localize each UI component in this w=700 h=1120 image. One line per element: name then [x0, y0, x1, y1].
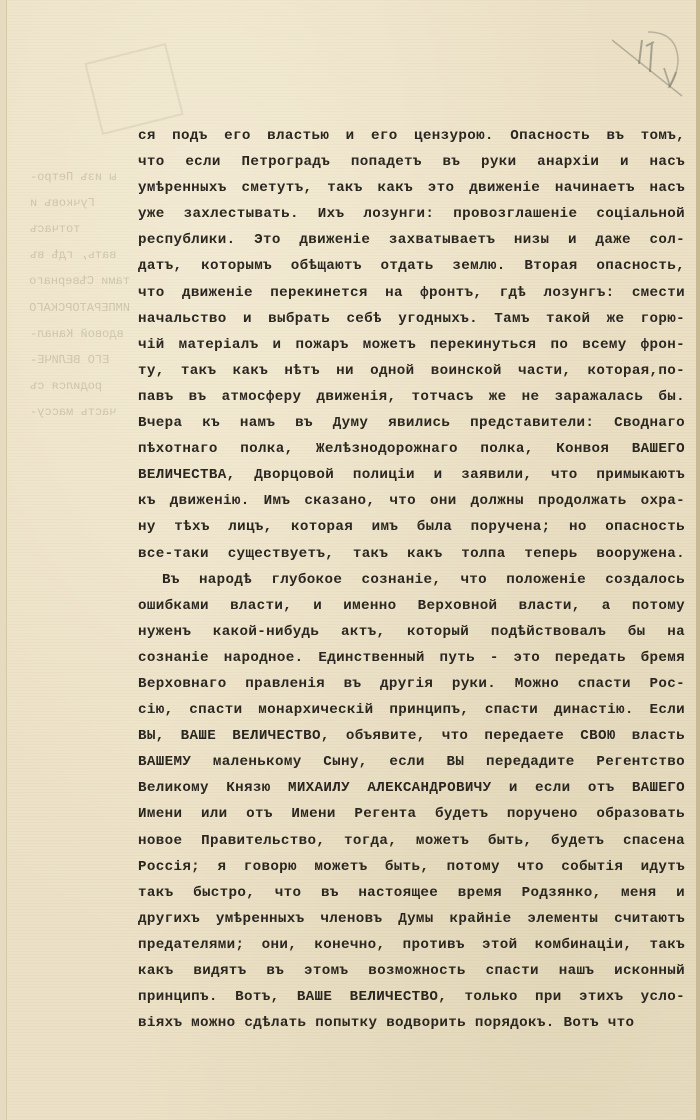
text-line: новое Правительство, тогда, можетъ быть,…	[138, 828, 685, 854]
text-line: павъ въ атмосферу движенія, тотчасъ же н…	[138, 384, 685, 410]
text-line: сознаніе народное. Единственный путь - э…	[138, 645, 685, 671]
bleed-line: Гучковъ и	[30, 190, 130, 216]
text-line: какъ видятъ въ этомъ возможность спасти …	[138, 958, 685, 984]
text-line: къ движенію. Имъ сказано, что они должны…	[138, 488, 685, 514]
bleed-line: тотчасъ	[30, 216, 130, 242]
text-line: нуженъ какой-нибудь актъ, который подѣйс…	[138, 619, 685, 645]
bleed-line: вать, гдѣ въ	[30, 242, 130, 268]
text-line: ВЫ, ВАШЕ ВЕЛИЧЕСТВО, объявите, что перед…	[138, 723, 685, 749]
bleed-line	[30, 138, 130, 164]
text-line: предателями; они, конечно, противъ этой …	[138, 932, 685, 958]
text-line: датъ, которымъ обѣщаютъ отдать землю. Вт…	[138, 253, 685, 279]
text-line: другихъ умѣренныхъ членовъ Думы крайніе …	[138, 906, 685, 932]
text-line: Россія; я говорю можетъ быть, потому что…	[138, 854, 685, 880]
typewritten-text: ся подъ его властью и его цензурою. Опас…	[138, 123, 685, 1036]
text-line: все-таки существуетъ, такъ какъ толпа те…	[138, 541, 685, 567]
bleed-line: родился съ	[30, 373, 130, 399]
text-line: ВЕЛИЧЕСТВА, Дворцовой полиціи и заявили,…	[138, 462, 685, 488]
page-right-edge	[696, 0, 700, 1120]
text-line: такъ быстро, что въ настоящее время Родз…	[138, 880, 685, 906]
text-line: умѣренныхъ сметутъ, такъ какъ это движен…	[138, 175, 685, 201]
text-line: ну тѣхъ лицъ, которая имъ была поручена;…	[138, 514, 685, 540]
text-line: пѣхотнаго полка, Желѣзнодорожнаго полка,…	[138, 436, 685, 462]
bleed-line: ЕГО ВЕЛИЧЕ-	[30, 347, 130, 373]
text-line: Имени или отъ Имени Регента будетъ поруч…	[138, 801, 685, 827]
text-line: ся подъ его властью и его цензурою. Опас…	[138, 123, 685, 149]
bleed-line: ИМПЕРАТОРСКАГО	[30, 295, 130, 321]
page-left-edge	[0, 0, 7, 1120]
text-line: что движеніе перекинется на фронтъ, гдѣ …	[138, 280, 685, 306]
text-line: что если Петроградъ попадетъ въ руки ана…	[138, 149, 685, 175]
text-line: чій матеріалъ и пожаръ можетъ перекинуть…	[138, 332, 685, 358]
bleed-line: вдовой Канал-	[30, 321, 130, 347]
text-line: Въ народѣ глубокое сознаніе, что положен…	[138, 567, 685, 593]
text-line: начальство и выбрать себѣ угодныхъ. Тамъ…	[138, 306, 685, 332]
text-line: ВАШЕМУ маленькому Сыну, если ВЫ передади…	[138, 749, 685, 775]
text-line: республики. Это движеніе захватываетъ ни…	[138, 227, 685, 253]
document-page: ы изъ Петро-Гучковъ итотчасъвать, гдѣ въ…	[0, 0, 700, 1120]
text-line: сію, спасти монархическій принципъ, спас…	[138, 697, 685, 723]
text-line: уже захлестывать. Ихъ лозунги: провозгла…	[138, 201, 685, 227]
text-line: віяхъ можно сдѣлать попытку водворить по…	[138, 1010, 685, 1036]
bleed-line: ы изъ Петро-	[30, 164, 130, 190]
text-line: ошибками власти, и именно Верховной влас…	[138, 593, 685, 619]
bleed-line: часть массу-	[30, 399, 130, 425]
handwritten-page-number	[612, 28, 692, 98]
text-line: Вчера къ намъ въ Думу явились представит…	[138, 410, 685, 436]
bleed-line: тами Сѣвернаго	[30, 268, 130, 294]
text-line: принципъ. Вотъ, ВАШЕ ВЕЛИЧЕСТВО, только …	[138, 984, 685, 1010]
text-line: ту, такъ какъ нѣтъ ни одной воинской час…	[138, 358, 685, 384]
text-line: Верховнаго правленія въ другія руки. Мож…	[138, 671, 685, 697]
text-line: Великому Князю МИХАИЛУ АЛЕКСАНДРОВИЧУ и …	[138, 775, 685, 801]
bleed-through-text: ы изъ Петро-Гучковъ итотчасъвать, гдѣ въ…	[30, 138, 130, 425]
faded-stamp	[84, 43, 183, 135]
